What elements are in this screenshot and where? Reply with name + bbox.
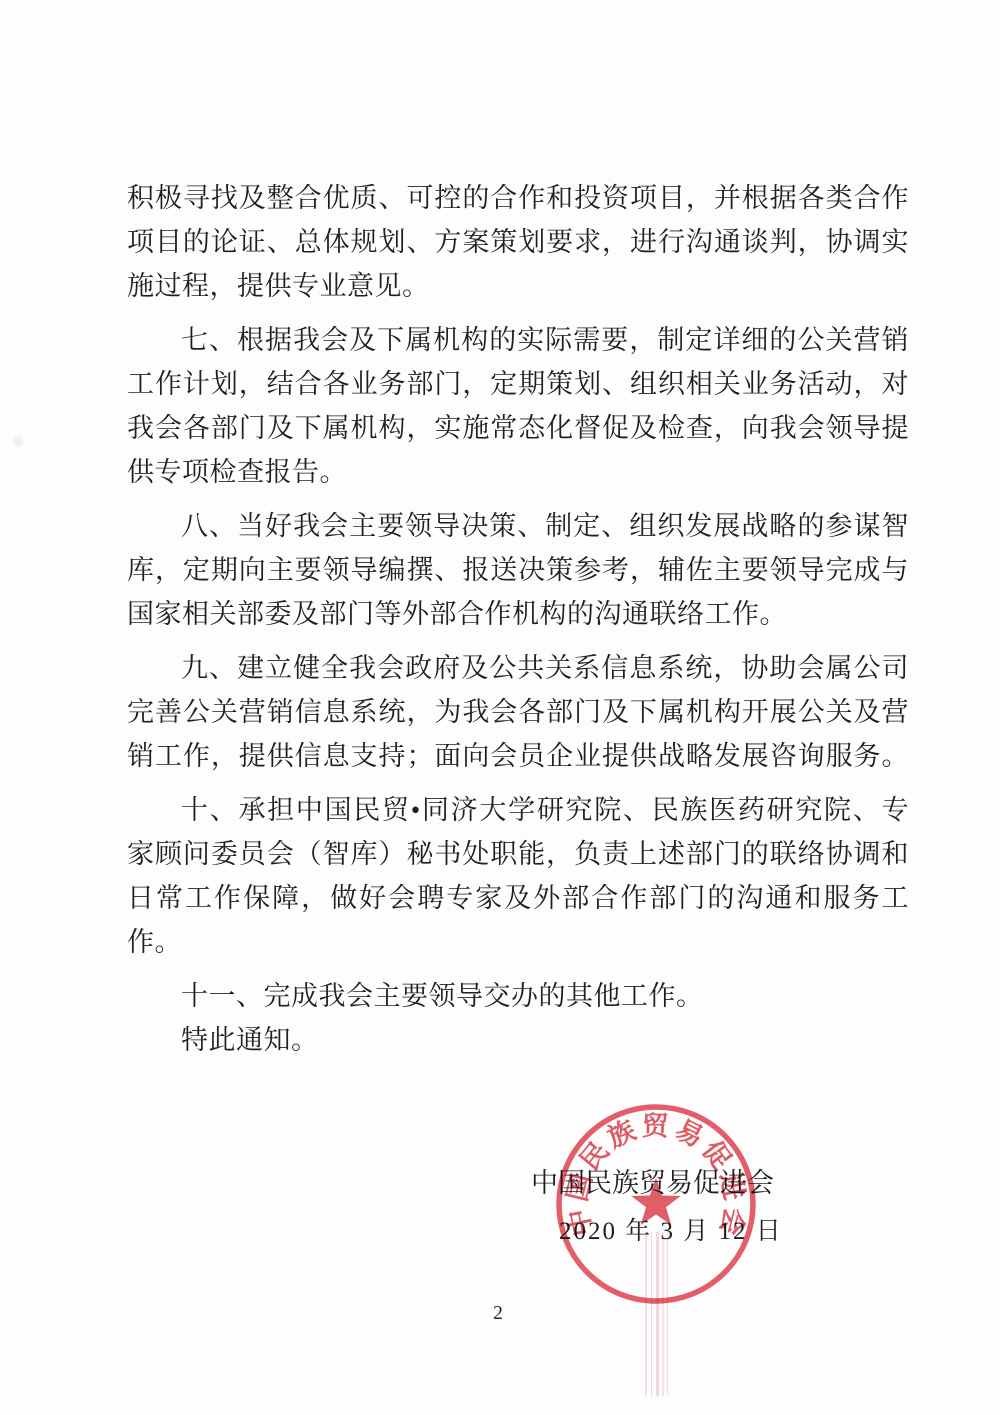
scan-artifact-mark — [14, 436, 23, 447]
text-line: 作。 — [127, 920, 909, 964]
signature-org: 中国民族贸易促进会 — [531, 1168, 781, 1198]
paragraph-item-10: 十、承担中国民贸•同济大学研究院、民族医药研究院、专家顾问委员会（智库）秘书处职… — [127, 788, 909, 964]
text-line: 完善公关营销信息系统，为我会各部门及下属机构开展公关及营 — [127, 690, 909, 734]
paragraph-item-11: 十一、完成我会主要领导交办的其他工作。 — [127, 974, 909, 1018]
text-line: 七、根据我会及下属机构的实际需要，制定详细的公关营销 — [127, 318, 909, 362]
text-line: 积极寻找及整合优质、可控的合作和投资项目，并根据各类合作 — [127, 176, 909, 220]
text-line: 我会各部门及下属机构，实施常态化督促及检查，向我会领导提 — [127, 406, 909, 450]
paragraph-closing-line: 特此通知。 — [127, 1018, 909, 1062]
scan-streak — [651, 1232, 652, 1396]
document-page: 积极寻找及整合优质、可控的合作和投资项目，并根据各类合作项目的论证、总体规划、方… — [0, 0, 1000, 1415]
scan-artifact-streaks — [643, 1232, 671, 1396]
text-line: 施过程，提供专业意见。 — [127, 264, 909, 308]
text-line: 项目的论证、总体规划、方案策划要求，进行沟通谈判，协调实 — [127, 220, 909, 264]
text-line: 家顾问委员会（智库）秘书处职能，负责上述部门的联络协调和 — [127, 832, 909, 876]
paragraph-item-6-continuation: 积极寻找及整合优质、可控的合作和投资项目，并根据各类合作项目的论证、总体规划、方… — [127, 176, 909, 308]
text-line: 工作计划，结合各业务部门，定期策划、组织相关业务活动，对 — [127, 362, 909, 406]
scan-streak — [662, 1232, 664, 1396]
text-line: 国家相关部委及部门等外部合作机构的沟通联络工作。 — [127, 592, 909, 636]
text-line: 日常工作保障，做好会聘专家及外部合作部门的沟通和服务工 — [127, 876, 909, 920]
paragraph-item-7: 七、根据我会及下属机构的实际需要，制定详细的公关营销工作计划，结合各业务部门，定… — [127, 318, 909, 494]
text-line: 十一、完成我会主要领导交办的其他工作。 — [127, 974, 909, 1018]
scan-streak — [667, 1232, 668, 1396]
paragraph-item-9: 九、建立健全我会政府及公共关系信息系统，协助会属公司完善公关营销信息系统，为我会… — [127, 646, 909, 778]
text-line: 八、当好我会主要领导决策、制定、组织发展战略的参谋智 — [127, 504, 909, 548]
text-line: 特此通知。 — [127, 1018, 909, 1062]
document-body: 积极寻找及整合优质、可控的合作和投资项目，并根据各类合作项目的论证、总体规划、方… — [127, 176, 909, 1062]
text-line: 十、承担中国民贸•同济大学研究院、民族医药研究院、专 — [127, 788, 909, 832]
scan-streak — [645, 1232, 647, 1396]
text-line: 供专项检查报告。 — [127, 450, 909, 494]
signature-date: 2020 年 3 月 12 日 — [559, 1217, 783, 1247]
text-line: 销工作，提供信息支持；面向会员企业提供战略发展咨询服务。 — [127, 734, 909, 778]
page-number: 2 — [488, 1302, 508, 1325]
paragraph-item-8: 八、当好我会主要领导决策、制定、组织发展战略的参谋智库，定期向主要领导编撰、报送… — [127, 504, 909, 636]
text-line: 九、建立健全我会政府及公共关系信息系统，协助会属公司 — [127, 646, 909, 690]
scan-streak — [656, 1232, 659, 1396]
text-line: 库，定期向主要领导编撰、报送决策参考，辅佐主要领导完成与 — [127, 548, 909, 592]
